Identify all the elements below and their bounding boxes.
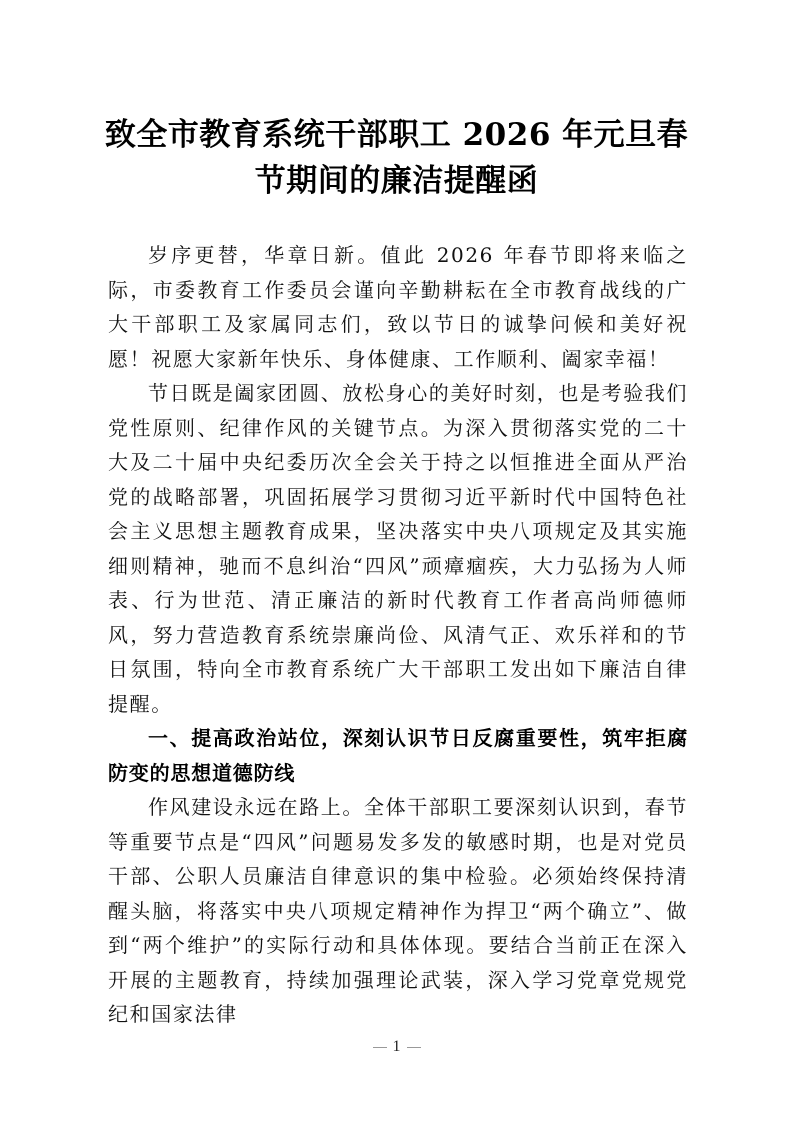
- dash-left: [373, 1047, 387, 1048]
- document-page: 致全市教育系统干部职工 2026 年元旦春 节期间的廉洁提醒函 岁序更替，华章日…: [0, 0, 793, 1122]
- title-line-2: 节期间的廉洁提醒函: [255, 163, 539, 199]
- document-body: 岁序更替，华章日新。值此 2026 年春节即将来临之际，市委教育工作委员会谨向辛…: [108, 238, 688, 1032]
- document-title: 致全市教育系统干部职工 2026 年元旦春 节期间的廉洁提醒函: [100, 112, 693, 204]
- section-1-paragraph: 作风建设永远在路上。全体干部职工要深刻认识到，春节等重要节点是“四风”问题易发多…: [108, 790, 688, 1032]
- greeting-paragraph: 岁序更替，华章日新。值此 2026 年春节即将来临之际，市委教育工作委员会谨向辛…: [108, 238, 688, 376]
- page-footer: 1: [0, 1038, 793, 1056]
- page-number: 1: [393, 1038, 401, 1055]
- title-line-1: 致全市教育系统干部职工 2026 年元旦春: [105, 117, 688, 153]
- section-1-heading: 一、提高政治站位，深刻认识节日反腐重要性，筑牢拒腐防变的思想道德防线: [108, 721, 688, 790]
- intro-paragraph: 节日既是阖家团圆、放松身心的美好时刻，也是考验我们党性原则、纪律作风的关键节点。…: [108, 376, 688, 721]
- dash-right: [407, 1047, 421, 1048]
